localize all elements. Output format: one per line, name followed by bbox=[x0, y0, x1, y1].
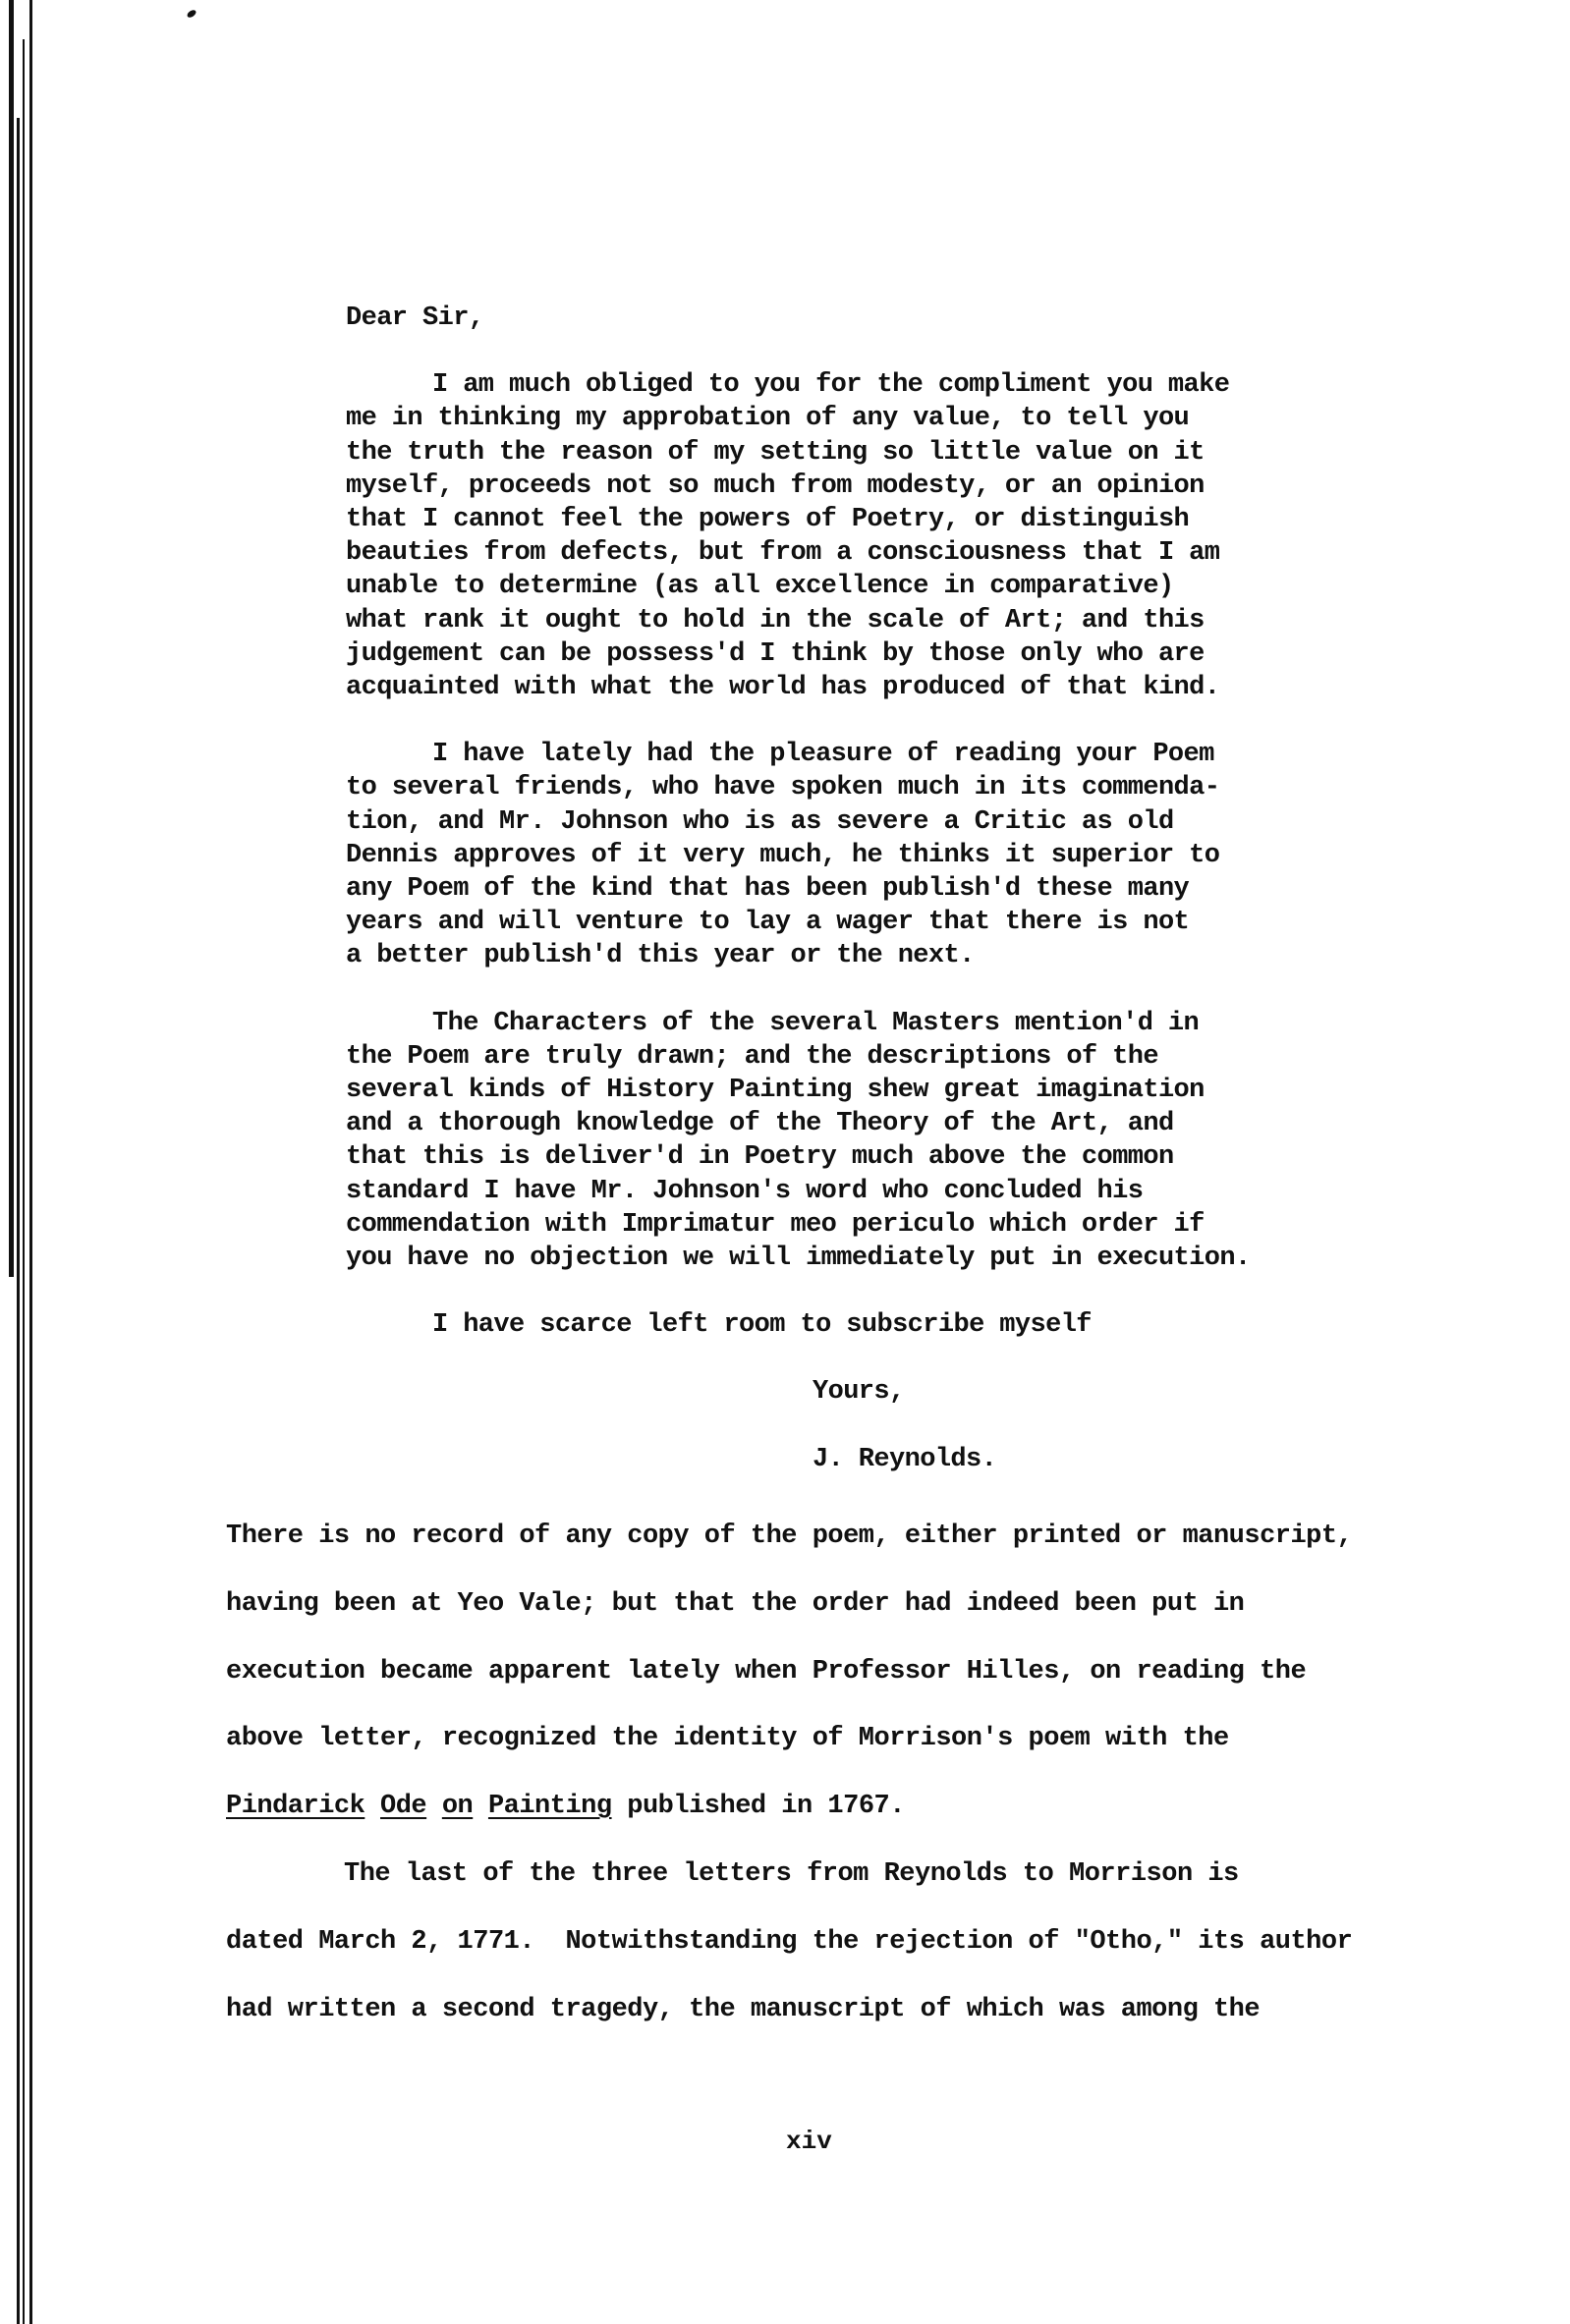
text-line: commendation with Imprimatur meo pericul… bbox=[346, 1208, 1348, 1242]
text-line: having been at Yeo Vale; but that the or… bbox=[226, 1571, 1503, 1638]
commentary-paragraph-2: The last of the three letters from Reyno… bbox=[226, 1841, 1503, 2043]
text-line: I am much obliged to you for the complim… bbox=[346, 368, 1348, 402]
text-line: beauties from defects, but from a consci… bbox=[346, 536, 1348, 570]
binding-line bbox=[9, 0, 14, 1277]
letter-signature: J. Reynolds. bbox=[346, 1443, 1348, 1476]
text-line: the truth the reason of my setting so li… bbox=[346, 436, 1348, 470]
text-line: that this is deliver'd in Poetry much ab… bbox=[346, 1140, 1348, 1174]
text-line: Pindarick Ode on Painting published in 1… bbox=[226, 1773, 1503, 1841]
text-line: judgement can be possess'd I think by th… bbox=[346, 637, 1348, 671]
commentary-paragraph-1: There is no record of any copy of the po… bbox=[226, 1503, 1503, 1841]
poem-title-word: Painting bbox=[488, 1792, 612, 1821]
text-fragment: published in 1767. bbox=[612, 1792, 905, 1821]
poem-title-word: Ode bbox=[380, 1792, 426, 1821]
poem-title-word: on bbox=[442, 1792, 473, 1821]
text-line: unable to determine (as all excellence i… bbox=[346, 570, 1348, 603]
binding-line bbox=[17, 118, 20, 2324]
text-line: the Poem are truly drawn; and the descri… bbox=[346, 1040, 1348, 1074]
letter-paragraph-2: I have lately had the pleasure of readin… bbox=[346, 738, 1348, 972]
quoted-letter: Dear Sir, I am much obliged to you for t… bbox=[346, 302, 1348, 1476]
text-line: acquainted with what the world has produ… bbox=[346, 671, 1348, 704]
binding-edge-lines bbox=[0, 0, 33, 2324]
text-line: The Characters of the several Masters me… bbox=[346, 1007, 1348, 1040]
text-line: dated March 2, 1771. Notwithstanding the… bbox=[226, 1909, 1503, 1976]
text-line: had written a second tragedy, the manusc… bbox=[226, 1976, 1503, 2044]
text-line: that I cannot feel the powers of Poetry,… bbox=[346, 503, 1348, 536]
letter-paragraph-3: The Characters of the several Masters me… bbox=[346, 1007, 1348, 1276]
letter-salutation: Dear Sir, bbox=[346, 302, 1348, 335]
page-number: xiv bbox=[786, 2127, 832, 2156]
ink-speck bbox=[186, 9, 197, 20]
text-line: standard I have Mr. Johnson's word who c… bbox=[346, 1175, 1348, 1208]
text-line: execution became apparent lately when Pr… bbox=[226, 1638, 1503, 1706]
text-line: above letter, recognized the identity of… bbox=[226, 1705, 1503, 1773]
text-line: I have lately had the pleasure of readin… bbox=[346, 738, 1348, 771]
text-line: several kinds of History Painting shew g… bbox=[346, 1074, 1348, 1107]
text-line: The last of the three letters from Reyno… bbox=[226, 1841, 1503, 1909]
text-line: and a thorough knowledge of the Theory o… bbox=[346, 1107, 1348, 1140]
text-line: a better publish'd this year or the next… bbox=[346, 939, 1348, 972]
commentary-text: There is no record of any copy of the po… bbox=[226, 1503, 1503, 2043]
text-line: Dennis approves of it very much, he thin… bbox=[346, 839, 1348, 872]
text-line: tion, and Mr. Johnson who is as severe a… bbox=[346, 805, 1348, 839]
text-line: myself, proceeds not so much from modest… bbox=[346, 470, 1348, 503]
poem-title-word: Pindarick bbox=[226, 1792, 364, 1821]
text-line: what rank it ought to hold in the scale … bbox=[346, 604, 1348, 637]
text-line: There is no record of any copy of the po… bbox=[226, 1503, 1503, 1571]
binding-line bbox=[29, 0, 32, 2324]
text-line: years and will venture to lay a wager th… bbox=[346, 906, 1348, 939]
text-line: to several friends, who have spoken much… bbox=[346, 771, 1348, 804]
binding-line bbox=[23, 39, 25, 2324]
letter-closing: I have scarce left room to subscribe mys… bbox=[346, 1308, 1348, 1342]
text-line: you have no objection we will immediatel… bbox=[346, 1242, 1348, 1275]
letter-valediction: Yours, bbox=[346, 1375, 1348, 1409]
letter-paragraph-1: I am much obliged to you for the complim… bbox=[346, 368, 1348, 704]
text-line: any Poem of the kind that has been publi… bbox=[346, 872, 1348, 906]
text-line: me in thinking my approbation of any val… bbox=[346, 402, 1348, 435]
